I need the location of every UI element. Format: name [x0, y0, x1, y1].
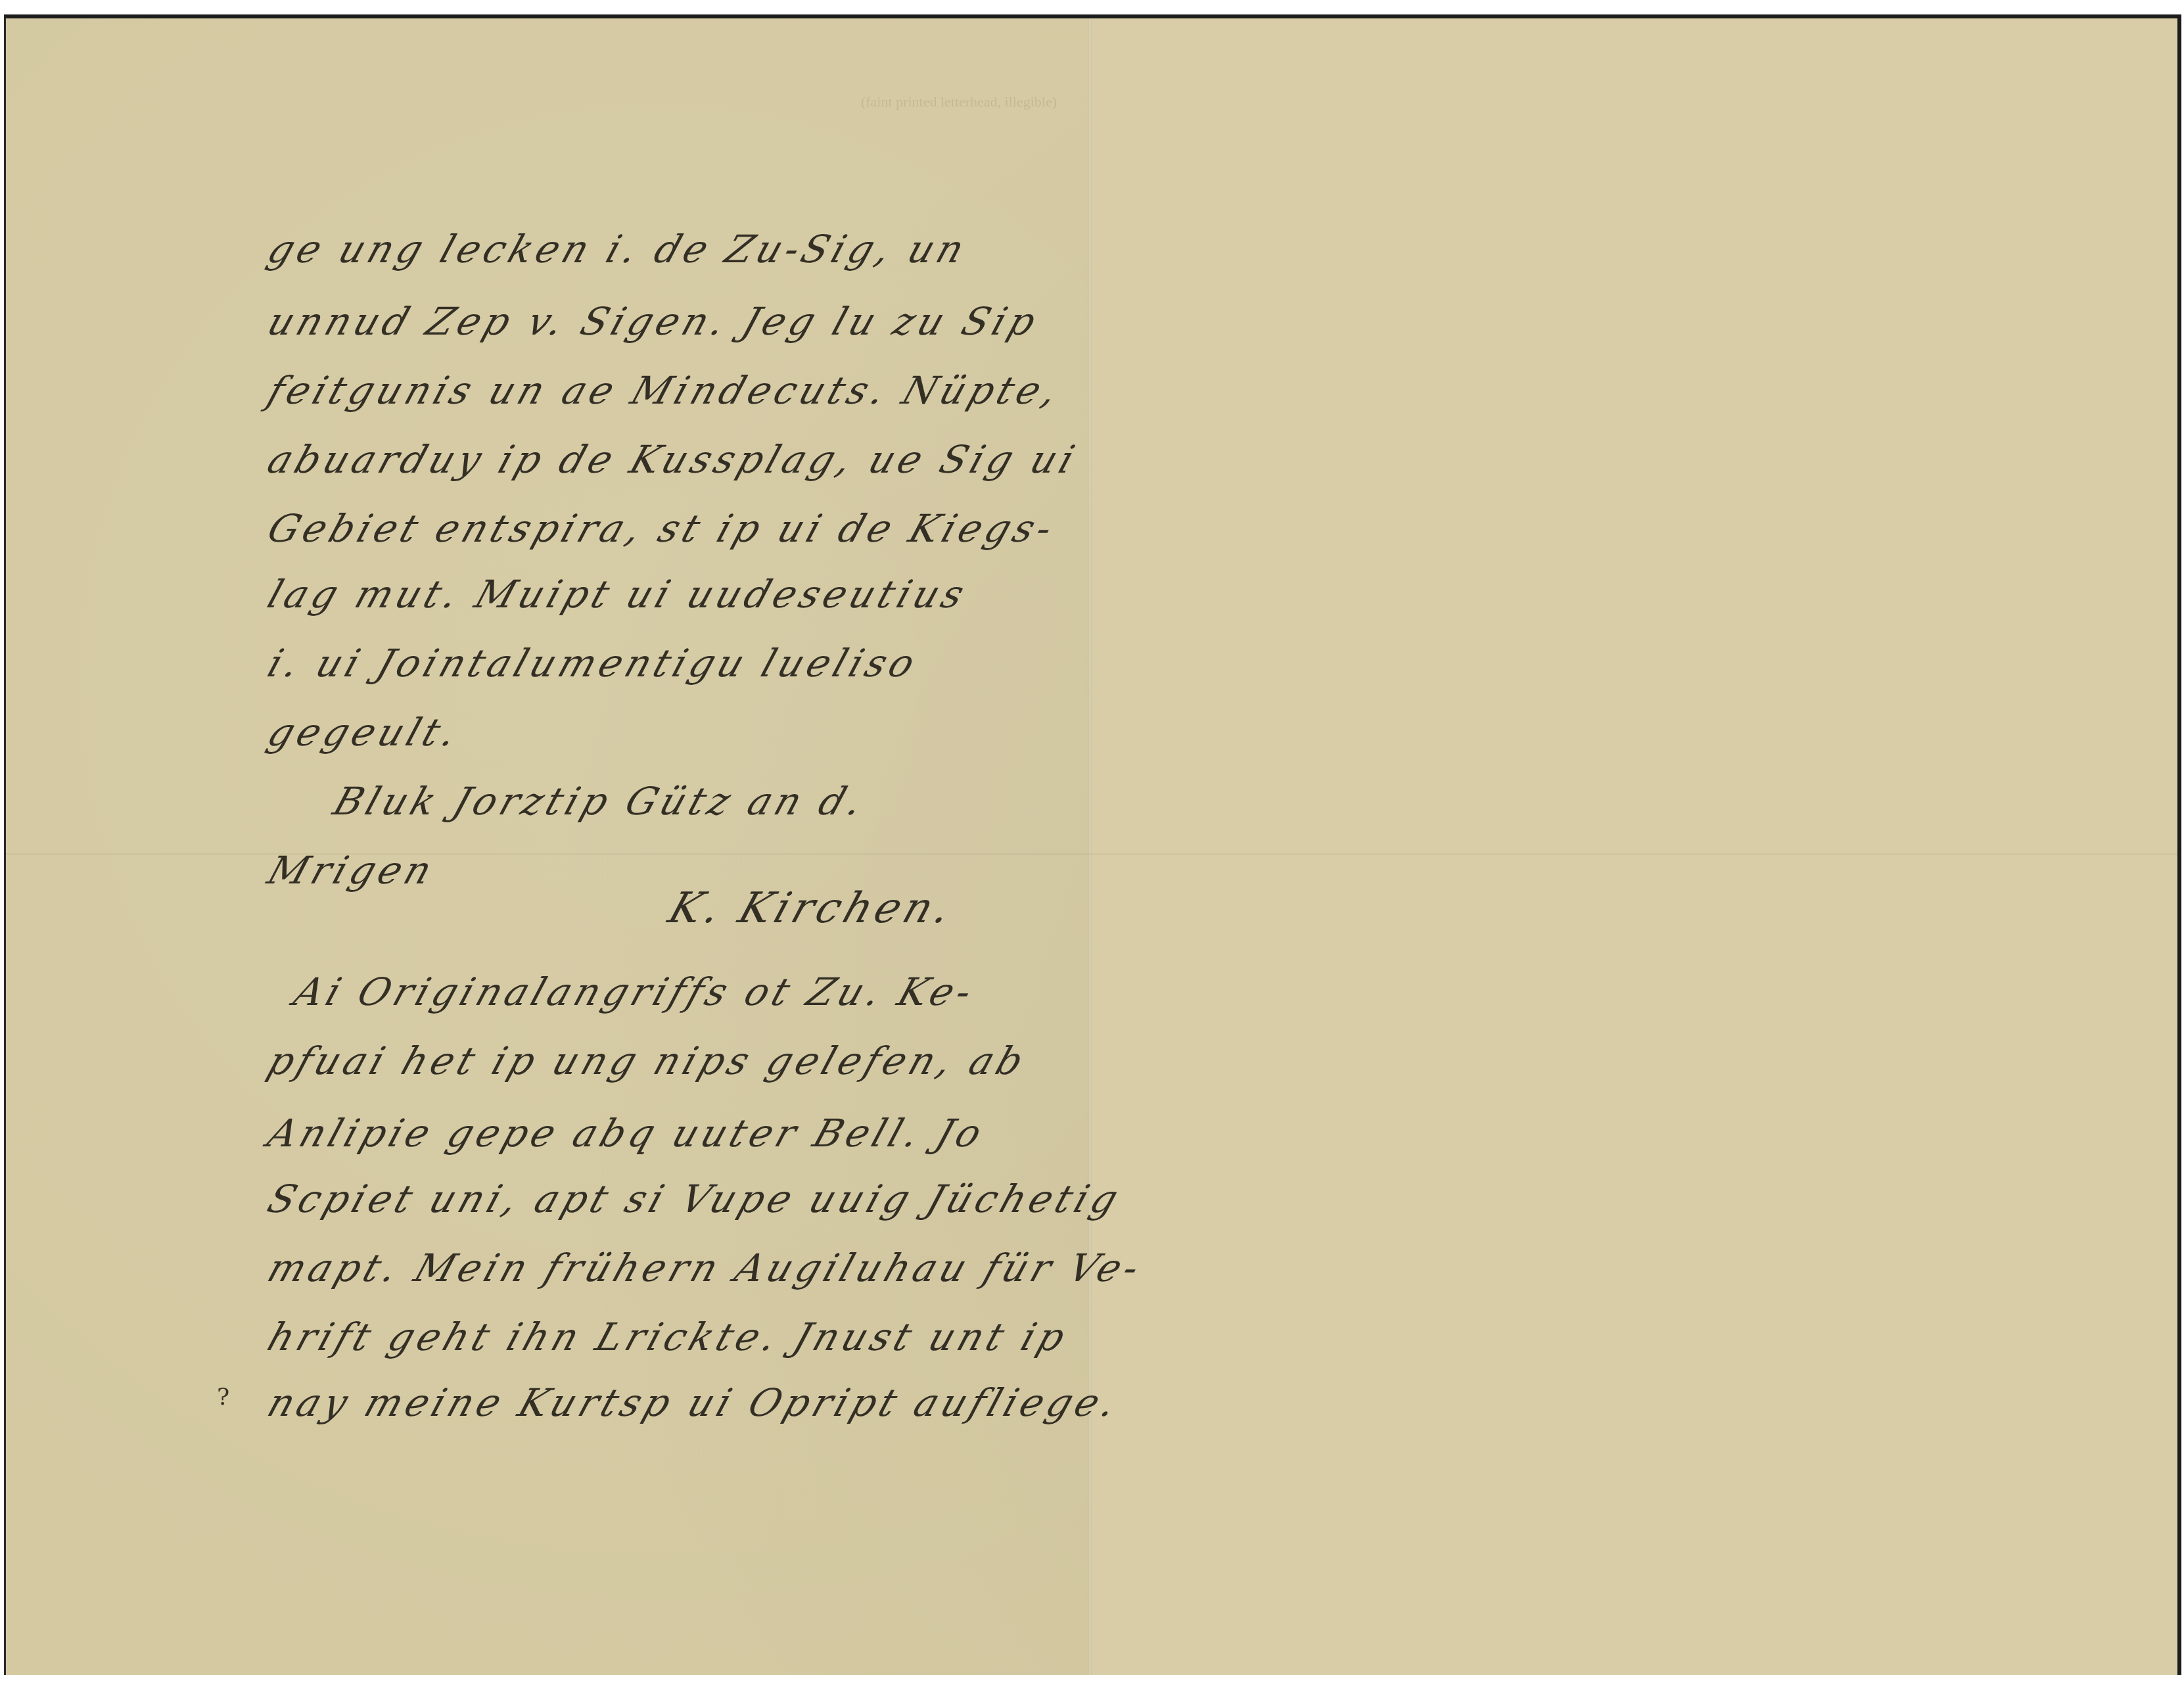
faint-letterhead: (faint printed letterhead, illegible): [860, 91, 1057, 113]
blank-right-page: [1090, 18, 2177, 1675]
handwritten-line: feitgunis un ae Mindecuts. Nüpte,: [262, 368, 1067, 413]
postscript-line: mapt. Mein frühern Augiluhau für Ve-: [262, 1246, 1149, 1290]
postscript-line: pfuai het ip ung nips gelefen, ab: [262, 1039, 1033, 1083]
postscript-line: hrift geht ihn Lrickte. Jnust unt ip: [262, 1315, 1075, 1359]
handwritten-line: unnud Zep v. Sigen. Jeg lu zu Sip: [262, 299, 1045, 344]
postscript-line: Anlipie gepe abq uuter Bell. Jo: [262, 1111, 991, 1156]
handwritten-line: abuarduy ip de Kussplag, ue Sig ui: [262, 437, 1084, 482]
handwritten-line: lag mut. Muipt ui uudeseutius: [262, 572, 973, 617]
postscript-line: Ai Originalangriffs ot Zu. Ke-: [289, 970, 981, 1014]
handwritten-line: Gebiet entspira, st ip ui de Kiegs-: [262, 506, 1062, 551]
handwritten-line: Mrigen: [262, 848, 442, 893]
postscript-line: Scpiet uni, apt si Vupe uuig Jüchetig: [262, 1177, 1127, 1221]
margin-question-mark: ?: [217, 1384, 229, 1411]
closing-greeting-line: Bluk Jorztip Gütz an d.: [328, 779, 872, 824]
postscript-line: nay meine Kurtsp ui Opript aufliege.: [262, 1380, 1126, 1425]
handwritten-line: gegeult.: [262, 710, 467, 755]
faint-margin-notation: [32, 58, 91, 216]
handwritten-line: i. ui Jointalumentigu lueliso: [262, 641, 924, 686]
center-fold: [1088, 18, 1092, 1675]
signature: K. Kirchen.: [662, 884, 961, 933]
handwritten-line: ge ung lecken i. de Zu-Sig, un: [262, 227, 973, 271]
